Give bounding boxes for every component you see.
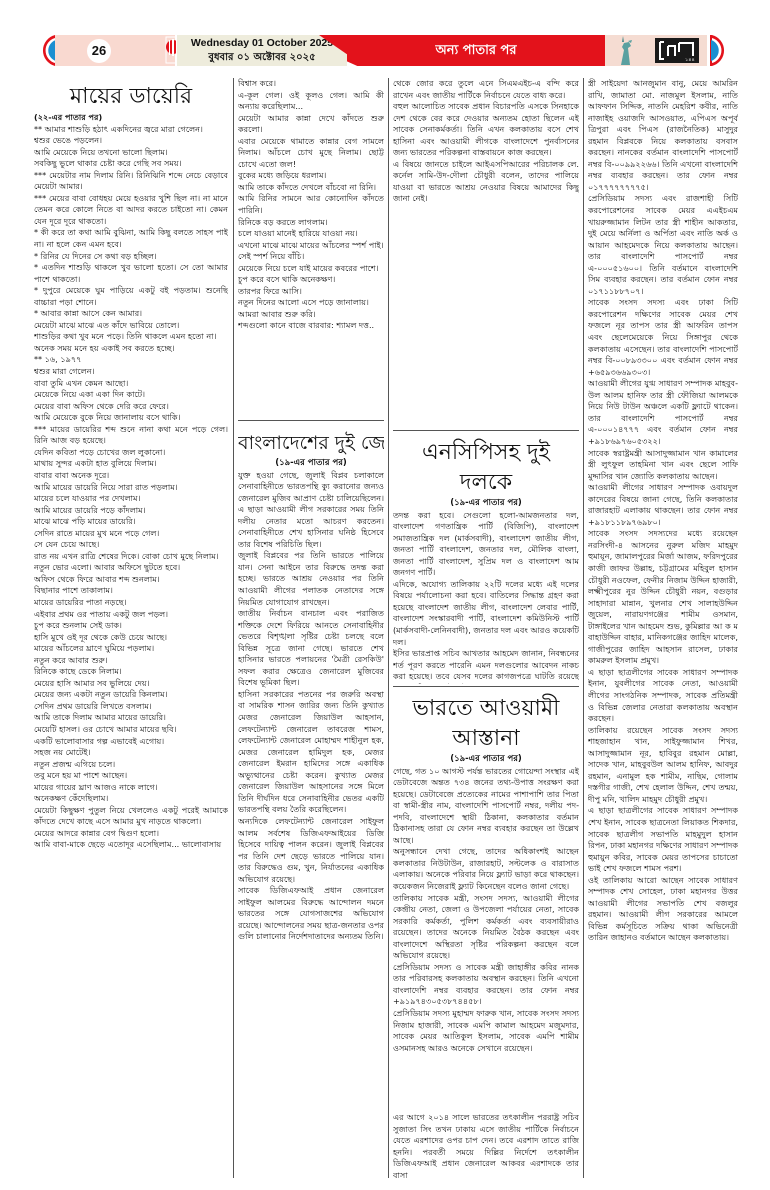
article-dui-general-continued: থেকে জোর করে তুলে এনে সিএমএইচ-এ বন্দি কর… [393, 78, 579, 418]
paragraph: শ্বশুর মারা গেলেন। [34, 366, 228, 378]
paragraph: তদন্ত করা হবে। সেগুলো হলো-আমজনতার দল, বা… [393, 510, 579, 579]
paragraph: এ-কূল গেল। ওই কূলও গেল। আমি কী অন্যায় ক… [238, 90, 384, 113]
paragraph: আমরা আবার শুরু করি। [238, 309, 384, 321]
headline: এনসিপিসহ দুই দলকে [393, 438, 579, 498]
paragraph: সেই স্পর্শ নিয়ে বাঁচি। [238, 251, 384, 263]
paragraph: মেয়েটা আমার কান্না দেখে কাঁদতে শুরু করল… [238, 113, 384, 136]
paragraph: আওয়ামী লীগের সাধারণ সম্পাদক ওবায়দুল কা… [588, 482, 738, 528]
paragraph: * আবার কান্না আসে কেন আমার। [34, 308, 228, 320]
paragraph: সবকিছু ভুলে থাকার চেষ্টা করে গেছি সব সময… [34, 158, 228, 170]
paragraph: সাবেক ডিজিএফআই প্রধান জেনারেল সাইফুল আলম… [238, 885, 384, 943]
continued-from: (১৯-এর পাতার পর) [393, 498, 579, 510]
paragraph: সাবেক সংসদ সদস্যদের মধ্যে রয়েছেন নরসিংদ… [588, 528, 738, 667]
paragraph: মেয়েটি হাসল। ওর চোখে আমার মায়ের ছবি। [34, 724, 228, 736]
paragraph: এ বিষয়ে জানতে চাইলে আইএসপিআরের পরিচালক … [393, 159, 579, 205]
paragraph: অন্যদিকে লেফটেন্যান্ট জেনারেল সাইফুল আলম… [238, 816, 384, 885]
article-divider [238, 420, 384, 421]
paragraph: সে যেন চেয়ে আছে। [34, 539, 228, 551]
paragraph: * কী করে তা কথা আমি বুঝিনা, আমি কিছু বলত… [34, 227, 228, 250]
paragraph: মায়ের ডায়েরির পাতা নড়ছে। [34, 597, 228, 609]
paragraph: ** ১৬, ১৯৭৭ [34, 354, 228, 366]
paragraph: একটি ভালোবাসার গল্প এভাবেই এগোয়। [34, 736, 228, 748]
paragraph: মেয়ের বাবা অফিস থেকে দেরি করে ফেরে। [34, 401, 228, 413]
paragraph: চলে যাওয়া মানেই হারিয়ে যাওয়া নয়। [238, 228, 384, 240]
svg-text:১৪৪: ১৪৪ [685, 57, 695, 63]
paragraph: বুকের মধ্যে জড়িয়ে ধরলাম। [238, 170, 384, 182]
paragraph: মেয়েকে নিয়ে চলে যাই মায়ের কবরের পাশে। [238, 263, 384, 275]
paragraph: প্রেসিডিয়াম সদস্য মুহাম্মদ ফারুক খান, স… [393, 1008, 579, 1054]
paragraph: সাবেক সংসদ সদস্য এবং ঢাকা সিটি করপোরেশন … [588, 297, 738, 378]
newspaper-logo: ১৪৪ [655, 38, 699, 63]
paragraph: অফিস থেকে ফিরে আবার শব্দ শুনলাম। [34, 574, 228, 586]
paragraph: তারপর ফিরে আসি। [238, 286, 384, 298]
paragraph: বাবা তুমি এখন কেমন আছো। [34, 378, 228, 390]
paragraph: মেয়েটা মাঝে মাঝে এত কাঁদে ভাবিয়ে তোলে। [34, 320, 228, 332]
paragraph: থেকে জোর করে তুলে এনে সিএমএইচ-এ বন্দি কর… [393, 78, 579, 101]
date-english: Wednesday 01 October 2025 [177, 37, 347, 49]
article-divider [393, 430, 579, 431]
paragraph: শাশুড়ির কথা খুব মনে পড়ে। তিনি থাকলে এম… [34, 331, 228, 343]
paragraph: আমি তাকে কাঁদতে দেখলে বাঁচবো না রিনি। [238, 182, 384, 194]
paragraph: রিনিকে বড় করতে লাগলাম। [238, 217, 384, 229]
paragraph: আমি তাকে দিলাম আমার মায়ের ডায়েরি। [34, 712, 228, 724]
paragraph: সাবেক স্বরাষ্ট্রমন্ত্রী আসাদুজ্জামান খান… [588, 448, 738, 483]
paragraph: অনুসন্ধানে দেখা গেছে, তাদের অধিকাংশই আছে… [393, 846, 579, 892]
column-divider [388, 78, 389, 1178]
left-ornament-icon [35, 35, 57, 66]
paragraph: এ ছাড়া ছাত্রলীগের সাবেক সাধারণ সম্পাদক … [588, 805, 738, 874]
continued-from: (১৯-এর পাতার পর) [238, 458, 384, 470]
paragraph: আমি মেয়েকে বুকে নিয়ে জানালায় বসে থাকি… [34, 412, 228, 424]
paragraph: স্ত্রী সাইয়েদা আনজুমান বানু, মেয়ে আমরি… [588, 78, 738, 193]
paragraph: প্রেসিডিয়াম সদস্য ও সাবেক মন্ত্রী জাহাঙ… [393, 962, 579, 1008]
paragraph: আমি রিনির সামনে আর কোনোদিন কাঁদতে পারিনি… [238, 193, 384, 216]
paragraph: চুপ করে বসে থাকি অনেকক্ষণ। [238, 274, 384, 286]
paragraph: মায়ের চলে যাওয়ার পর দেখলাম। [34, 493, 228, 505]
paragraph: মেয়ের আদরে কান্নার বেগ দ্বিগুণ হলো। [34, 828, 228, 840]
page-header: 26 Wednesday 01 October 2025 বুধবার ০১ অ… [35, 35, 747, 66]
paragraph: অনেকক্ষণ কেঁদেছিলাম। [34, 793, 228, 805]
column-divider [583, 78, 584, 1178]
paragraph: আওয়ামী লীগের যুগ্ম সাধারণ সম্পাদক মাহবু… [588, 378, 738, 447]
paragraph: হাসিনা সরকারের পতনের পর জরুরি অবস্থা বা … [238, 689, 384, 816]
paragraph: *** মেয়েটার নাম দিলাম রিনি। রিনিঝিনি শব… [34, 170, 228, 193]
paragraph: গেছে, গত ১০ আগস্ট পর্যন্ত ভারতের গোয়েন্… [393, 766, 579, 847]
paragraph: এর আগে ২০১৪ সালে ভারতের তৎকালীন পররাষ্ট্… [393, 1112, 579, 1178]
paragraph: এইবার প্রথম ওর পাতায় একটু জল পড়ল। [34, 609, 228, 621]
paragraph: মাঝে মাঝে পড়ি মায়ের ডায়েরি। [34, 516, 228, 528]
headline: বাংলাদেশের দুই জেনারেল [238, 428, 384, 458]
continued-from: (১৯-এর পাতার পর) [393, 754, 579, 766]
headline: ভারতে আওয়ামী আস্তানা [393, 694, 579, 754]
paragraph: বাবার বাবা অনেক দূরে। [34, 470, 228, 482]
paragraph: জাতীয় নির্বাচন বানচাল এবং পরাজিত শক্তিক… [238, 608, 384, 689]
paragraph: তবু মনে হয় মা পাশে আছেন। [34, 770, 228, 782]
paragraph: মাথায় সুন্দর একটা হাত বুলিয়ে দিলাম। [34, 458, 228, 470]
paragraph: যুক্ত হওয়া গেছে, জুলাই বিপ্লব চলাকালে স… [238, 470, 384, 551]
paragraph: শব্দগুলো কানে বাজে বারবার: শ্যামল দত্ত.. [238, 320, 384, 332]
paragraph: মেয়ের হাসি আমার সব ভুলিয়ে দেয়। [34, 678, 228, 690]
paragraph: বহুল আলোচিত সাবেক প্রধান বিচারপতি এসকে স… [393, 101, 579, 159]
paragraph: এবার মেয়েকে থামাতে কান্নার বেগ সামলে নি… [238, 136, 384, 171]
paragraph: তালিকায় রয়েছেন সাবেক সংসদ সদস্য শাহজাহ… [588, 725, 738, 806]
paragraph: আমি মেয়েকে নিয়ে তখনো ভালো ছিলাম। [34, 147, 228, 159]
paragraph: *** মেয়ের বাবা বোধহয় মেয়ে হওয়ার খুশি… [34, 193, 228, 228]
article-bharote-awami-astana-continued: স্ত্রী সাইয়েদা আনজুমান বানু, মেয়ে আমরি… [588, 78, 738, 1178]
paragraph: সহজ নয় মোটেই। [34, 747, 228, 759]
paragraph: মেয়েটা কিছুক্ষণ পুতুল নিয়ে খেললেও একটু… [34, 805, 228, 828]
paragraph: নতুন দিনের আলো এসে পড়ে জানালায়। [238, 297, 384, 309]
paragraph: ইসির ভারপ্রাপ্ত সচিব আখতার আহমেদ জানান, … [393, 648, 579, 684]
paragraph: বিশ্বাস করে। [238, 78, 384, 90]
paragraph: জুলাই বিপ্লবের পর তিনি ভারতে পালিয়ে যান… [238, 550, 384, 608]
paragraph: এ ছাড়া ছাত্রলীগের সাবেক সাধারণ সম্পাদক … [588, 667, 738, 725]
paragraph: *** মায়ের ডায়েরির শব্দ শুনে নানা কথা ম… [34, 424, 228, 447]
paragraph: ওই তালিকায় আরো আছেন সাবেক সাধারণ সম্পাদ… [588, 875, 738, 944]
paragraph: সেদিন রাতে মায়ের মুখ মনে পড়ে গেল। [34, 528, 228, 540]
date-box: Wednesday 01 October 2025 বুধবার ০১ অক্ট… [177, 35, 347, 66]
paragraph: নতুন করে আবার শুরু। [34, 655, 228, 667]
paragraph: অনেক সময় মনে হয় একাই সব করতে হচ্ছে। [34, 343, 228, 355]
logo-box: ১৪৪ [647, 35, 707, 66]
paragraph: মায়ের গায়ের ঘ্রাণ আজও নাকে লাগে। [34, 782, 228, 794]
paragraph: এখনো মাঝে মাঝে মায়ের আঁচলের স্পর্শ পাই। [238, 240, 384, 252]
paragraph: চুপ করে শুনলাম সেই ডাক। [34, 620, 228, 632]
section-title: অন্য পাতার পর [347, 41, 605, 62]
section-banner: অন্য পাতার পর [347, 35, 605, 66]
paragraph: প্রেসিডিয়াম সদস্য এবং রাজশাহী সিটি করপো… [588, 193, 738, 297]
paragraph: রাত নয় এখন রাত্রি শেষের দিকে। বোকা চোখ … [34, 551, 228, 563]
paragraph: নতুন প্রজন্ম এগিয়ে চলে। [34, 759, 228, 771]
article-mayer-diary: মায়ের ডায়েরি (২২-এর পাতার পর) ** আমার … [34, 78, 228, 1183]
paragraph: আমি মায়ের ডায়েরি নিয়ে সারা রাত পড়লাম… [34, 482, 228, 494]
article-ncp-dui-dol: এনসিপিসহ দুই দলকে (১৯-এর পাতার পর) তদন্ত… [393, 434, 579, 684]
paragraph: যেদিন কবিতা পড়ে চোখের জল লুকানো। [34, 447, 228, 459]
paragraph: আমি মায়ের ডায়েরি পড়ে কাঁদলাম। [34, 505, 228, 517]
right-ornament-icon [710, 35, 732, 66]
article-divider [393, 686, 579, 687]
statue-of-liberty-icon [615, 36, 637, 65]
paragraph: আমি বাবা-মাকে ছেড়ে এতোদূর এসেছিলাম... ভ… [34, 839, 228, 851]
page-number-box: 26 [55, 35, 175, 66]
column-divider [233, 78, 234, 1178]
paragraph: বিছানার পাশে তাকালাম। [34, 585, 228, 597]
paragraph: * দুপুরে মেয়েকে ঘুম পাড়িয়ে একটু বই পড… [34, 285, 228, 308]
article-mayer-diary-continued: বিশ্বাস করে। এ-কূল গেল। ওই কূলও গেল। আমি… [238, 78, 384, 418]
paragraph: * এতদিন শাশুড়ি থাকলে খুব ভালো হতো। সে ত… [34, 262, 228, 285]
paragraph: সেদিন প্রথম ডায়েরি লিখতে বসলাম। [34, 701, 228, 713]
paragraph: রিনিকে কাছে ডেকে নিলাম। [34, 666, 228, 678]
continued-from: (২২-এর পাতার পর) [34, 112, 228, 124]
paragraph: মেয়ের জন্য একটা নতুন ডায়েরি কিনলাম। [34, 689, 228, 701]
headline: মায়ের ডায়েরি [34, 82, 228, 112]
paragraph: শ্বশুর ভেঙে পড়লেন। [34, 135, 228, 147]
article-dui-general-tail: এর আগে ২০১৪ সালে ভারতের তৎকালীন পররাষ্ট্… [393, 1112, 579, 1178]
paragraph: মেয়েকে নিয়ে একা একা দিন কাটে। [34, 389, 228, 401]
paragraph: হাসি মুখে ওই দূর থেকে কেউ চেয়ে আছে। [34, 632, 228, 644]
date-bengali: বুধবার ০১ অক্টোবর ২০২৫ [177, 50, 347, 67]
paragraph: ** আমার শাশুড়ি হঠাৎ একদিনের জ্বরে মারা … [34, 124, 228, 136]
paragraph: তালিকায় সাবেক মন্ত্রী, সংসদ সদস্য, আওয়… [393, 893, 579, 962]
article-dui-general: বাংলাদেশের দুই জেনারেল (১৯-এর পাতার পর) … [238, 424, 384, 1178]
paragraph: এদিকে, অযোগ্য তালিকায় ২২টি দলের মধ্যে এ… [393, 579, 579, 648]
article-bharote-awami-astana: ভারতে আওয়ামী আস্তানা (১৯-এর পাতার পর) গ… [393, 690, 579, 1110]
paragraph: নতুন ভোর এলো। আবার অফিসে ছুটতে হবে। [34, 562, 228, 574]
paragraph: * রিনির যে দিনের সে কথা বড় হচ্ছিল। [34, 251, 228, 263]
liberty-box [605, 35, 647, 66]
page-number: 26 [87, 39, 111, 63]
paragraph: মায়ের আঁচলের ঘ্রাণে ঘুমিয়ে পড়লাম। [34, 643, 228, 655]
